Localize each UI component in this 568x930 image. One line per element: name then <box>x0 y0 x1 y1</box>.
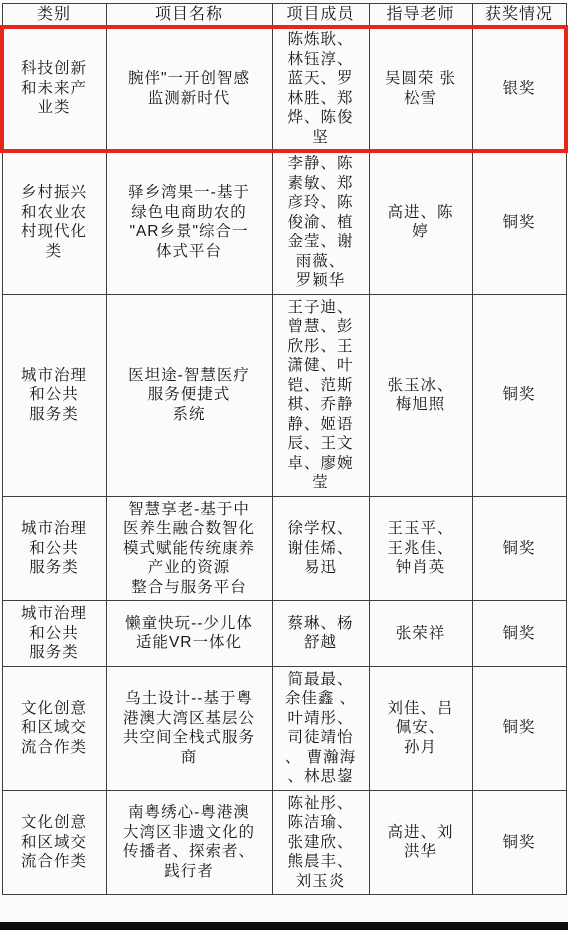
header-members: 项目成员 <box>272 4 369 27</box>
header-advisors: 指导老师 <box>369 4 472 27</box>
category-cell: 城市治理 和公共 服务类 <box>2 601 106 667</box>
category-cell: 科技创新 和未来产 业类 <box>2 27 106 151</box>
award-cell: 铜奖 <box>472 666 566 790</box>
project-name-cell: 医坦途-智慧医疗 服务便捷式 系统 <box>106 294 272 496</box>
table-row: 城市治理 和公共 服务类 医坦途-智慧医疗 服务便捷式 系统 王子迪、 曾慧、彭… <box>2 294 566 496</box>
bottom-bar <box>0 922 568 930</box>
advisors-cell: 张玉冰、 梅旭照 <box>369 294 472 496</box>
members-cell: 陈炼耿、 林钰淳、 蓝天、罗 林胜、郑 烨、陈俊 坚 <box>272 27 369 151</box>
table-row-highlighted: 科技创新 和未来产 业类 腕伴"一开创智感 监测新时代 陈炼耿、 林钰淳、 蓝天… <box>2 27 566 151</box>
category-cell: 城市治理 和公共 服务类 <box>2 496 106 601</box>
advisors-cell: 高进、刘 洪华 <box>369 790 472 895</box>
advisors-cell: 刘佳、吕 佩安、 孙月 <box>369 666 472 790</box>
table-row: 乡村振兴 和农业农 村现代化 类 驿乡湾果一-基于 绿色电商助农的 "AR乡景"… <box>2 151 566 295</box>
project-name-cell: 腕伴"一开创智感 监测新时代 <box>106 27 272 151</box>
header-category: 类别 <box>2 4 106 27</box>
category-cell: 乡村振兴 和农业农 村现代化 类 <box>2 151 106 295</box>
project-name-cell: 南粤绣心-粤港澳 大湾区非遗文化的 传播者、探索者、 践行者 <box>106 790 272 895</box>
header-award: 获奖情况 <box>472 4 566 27</box>
project-name-cell: 乌土设计--基于粤 港澳大湾区基层公 共空间全栈式服务 商 <box>106 666 272 790</box>
award-cell: 铜奖 <box>472 151 566 295</box>
table-row: 城市治理 和公共 服务类 智慧享老-基于中 医养生融合数智化 模式赋能传统康养 … <box>2 496 566 601</box>
advisors-cell: 王玉平、 王兆佳、 钟肖英 <box>369 496 472 601</box>
category-cell: 城市治理 和公共 服务类 <box>2 294 106 496</box>
award-cell: 铜奖 <box>472 601 566 667</box>
category-cell: 文化创意 和区域交 流合作类 <box>2 790 106 895</box>
award-cell: 铜奖 <box>472 294 566 496</box>
table-row: 文化创意 和区域交 流合作类 乌土设计--基于粤 港澳大湾区基层公 共空间全栈式… <box>2 666 566 790</box>
members-cell: 王子迪、 曾慧、彭 欣彤、王 潇健、叶 铠、范斯 棋、乔静 静、姬语 辰、王文 … <box>272 294 369 496</box>
project-name-cell: 智慧享老-基于中 医养生融合数智化 模式赋能传统康养 产业的资源 整合与服务平台 <box>106 496 272 601</box>
advisors-cell: 高进、陈 婷 <box>369 151 472 295</box>
award-cell: 铜奖 <box>472 790 566 895</box>
award-cell: 银奖 <box>472 27 566 151</box>
members-cell: 徐学权、 谢佳烯、 易迅 <box>272 496 369 601</box>
project-name-cell: 懒童快玩--少儿体 适能VR一体化 <box>106 601 272 667</box>
project-name-cell: 驿乡湾果一-基于 绿色电商助农的 "AR乡景"综合一 体式平台 <box>106 151 272 295</box>
award-table: 类别 项目名称 项目成员 指导老师 获奖情况 科技创新 和未来产 业类 腕伴"一… <box>2 3 567 895</box>
members-cell: 陈祉彤、 陈洁瑜、 张建欣、 熊晨丰、 刘玉炎 <box>272 790 369 895</box>
table-row: 文化创意 和区域交 流合作类 南粤绣心-粤港澳 大湾区非遗文化的 传播者、探索者… <box>2 790 566 895</box>
header-project-name: 项目名称 <box>106 4 272 27</box>
award-results-page: 类别 项目名称 项目成员 指导老师 获奖情况 科技创新 和未来产 业类 腕伴"一… <box>0 0 568 930</box>
members-cell: 蔡琳、杨 舒越 <box>272 601 369 667</box>
award-cell: 铜奖 <box>472 496 566 601</box>
table-row: 城市治理 和公共 服务类 懒童快玩--少儿体 适能VR一体化 蔡琳、杨 舒越 张… <box>2 601 566 667</box>
header-row: 类别 项目名称 项目成员 指导老师 获奖情况 <box>2 4 566 27</box>
category-cell: 文化创意 和区域交 流合作类 <box>2 666 106 790</box>
advisors-cell: 张荣祥 <box>369 601 472 667</box>
members-cell: 简最最、 余佳鑫 、 叶靖彤、 司徒靖怡 、 曹瀚海 、林思鋆 <box>272 666 369 790</box>
advisors-cell: 吴圆荣 张 松雪 <box>369 27 472 151</box>
members-cell: 李静、陈 素敏、郑 彦玲、陈 俊渝、植 金莹、谢 雨薇、 罗颖华 <box>272 151 369 295</box>
